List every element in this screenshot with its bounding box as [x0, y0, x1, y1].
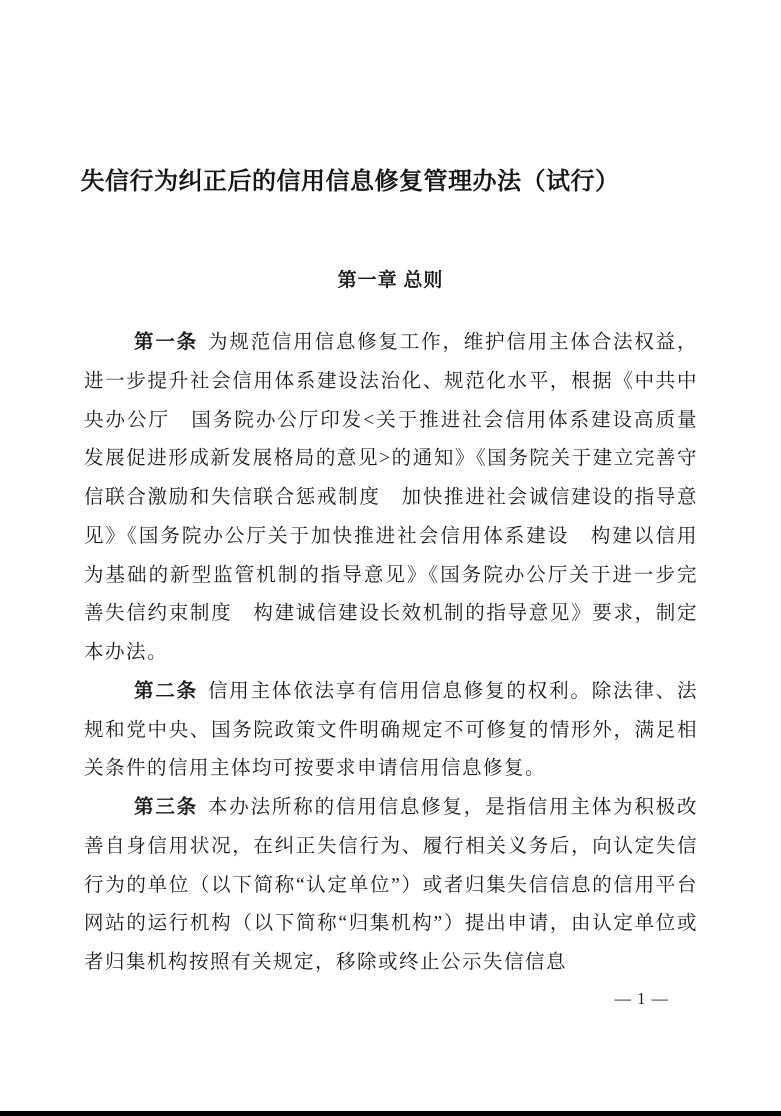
- article-2-number: 第二条: [134, 681, 198, 702]
- article-3: 第三条本办法所称的信用信息修复，是指信用主体为积极改善自身信用状况，在纠正失信行…: [84, 789, 698, 983]
- page-number: — 1 —: [615, 989, 670, 1009]
- article-3-text: 本办法所称的信用信息修复，是指信用主体为积极改善自身信用状况，在纠正失信行为、履…: [84, 797, 698, 973]
- chapter-heading: 第一章 总则: [84, 269, 697, 293]
- article-1: 第一条为规范信用信息修复工作，维护信用主体合法权益，进一步提升社会信用体系建设法…: [84, 324, 698, 673]
- article-3-number: 第三条: [134, 797, 198, 818]
- document-page: 失信行为纠正后的信用信息修复管理办法（试行） 第一章 总则 第一条为规范信用信息…: [0, 0, 781, 1116]
- bottom-edge-bar: [0, 1111, 781, 1116]
- document-body: 第一条为规范信用信息修复工作，维护信用主体合法权益，进一步提升社会信用体系建设法…: [84, 324, 698, 983]
- article-1-number: 第一条: [134, 332, 198, 353]
- document-title: 失信行为纠正后的信用信息修复管理办法（试行）: [40, 165, 660, 199]
- article-1-text: 为规范信用信息修复工作，维护信用主体合法权益，进一步提升社会信用体系建设法治化、…: [84, 332, 698, 663]
- article-2: 第二条信用主体依法享有信用信息修复的权利。除法律、法规和党中央、国务院政策文件明…: [84, 673, 698, 789]
